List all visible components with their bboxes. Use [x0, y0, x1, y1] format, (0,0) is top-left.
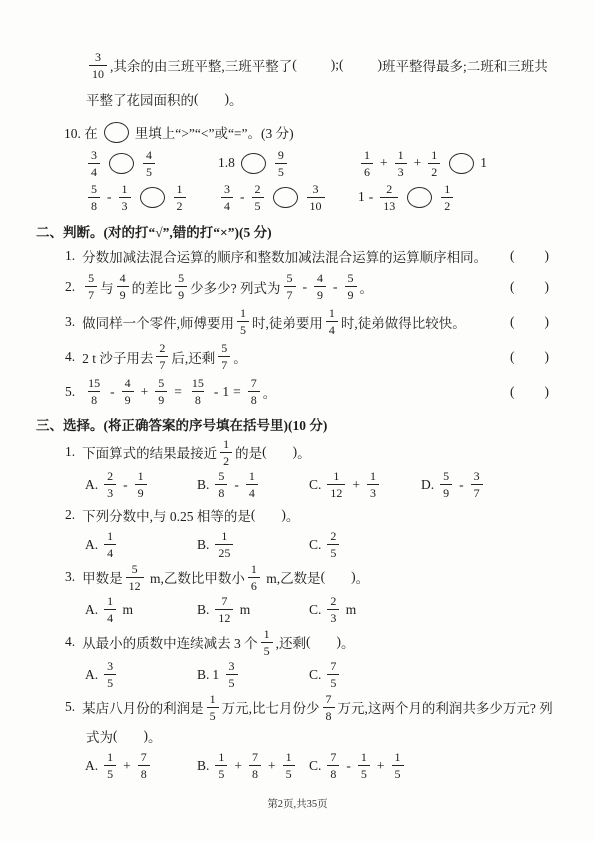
math-text: 1: [358, 189, 365, 205]
numerator: 5: [88, 183, 100, 197]
numerator: 5: [175, 272, 187, 286]
fraction: 25: [327, 530, 339, 559]
numerator: 1: [428, 149, 440, 163]
operator: +: [234, 758, 242, 774]
section-judge-header: 二、判断。(对的打“√”,错的打“×”)(5 分): [36, 218, 565, 243]
answer-bracket: (): [510, 349, 549, 365]
option: A.14 m: [85, 595, 197, 624]
fraction: 15: [237, 307, 249, 336]
fraction: 13: [367, 470, 379, 499]
denominator: 5: [104, 765, 116, 780]
fraction: 15: [358, 751, 370, 780]
fraction: 34: [88, 149, 100, 178]
option-label: A.: [85, 758, 98, 774]
fraction: 13: [395, 149, 407, 178]
operator: +: [352, 477, 360, 493]
question-number: 5.: [65, 699, 75, 715]
numerator: 7: [327, 660, 339, 674]
math-text: 后,还剩: [171, 347, 215, 367]
question-10: 10. 在里填上“>”“<”或“=”。(3 分) 34451.89516+13+…: [36, 118, 565, 214]
option-label: B.: [197, 602, 209, 618]
denominator: 7: [156, 356, 168, 371]
comparison-circle: [241, 153, 266, 174]
math-text: 时,徒弟要用: [252, 312, 323, 332]
question-number: 3.: [65, 569, 75, 585]
statement-line: 310,其余的由三班平整,三班平整了();()班平整得最多;二班和三班共: [86, 48, 565, 82]
answer-bracket: (): [510, 248, 549, 264]
comparison-expression: 34-25310: [218, 183, 358, 212]
section-judge-note: (对的打“√”,错的打“×”)(5 分): [104, 221, 272, 241]
math-text: 的是: [235, 442, 262, 462]
numerator: 7: [323, 693, 335, 707]
denominator: 9: [345, 286, 357, 301]
denominator: 5: [237, 321, 249, 336]
math-text: 下面算式的结果最接近: [82, 442, 217, 462]
options-row: A.14 mB.712 mC.23 m: [36, 593, 565, 626]
fraction: 712: [215, 595, 233, 624]
comparison-expression: 1.895: [218, 149, 358, 178]
denominator: 9: [314, 286, 326, 301]
numerator: 5: [440, 470, 452, 484]
option: B.15+78+15: [197, 751, 309, 780]
fraction: 19: [135, 470, 147, 499]
options-row: A.15+78B.15+78+15C.78-15+15: [36, 749, 565, 782]
options-row: A.14B.125C.25: [36, 528, 565, 561]
math-text: 。: [286, 505, 300, 525]
fraction: 78: [249, 751, 261, 780]
denominator: 5: [207, 707, 219, 722]
denominator: 8: [249, 765, 261, 780]
denominator: 4: [88, 163, 100, 178]
numerator: 1: [104, 751, 116, 765]
judge-item: 5.158-49+59=158-1=78。(): [36, 374, 565, 409]
denominator: 4: [246, 484, 258, 499]
math-text: m: [342, 602, 356, 618]
fraction: 158: [85, 377, 103, 406]
fraction: 75: [327, 660, 339, 689]
fraction: 49: [117, 272, 129, 301]
operator: +: [380, 155, 388, 171]
question-stem: 3.甲数是512 m,乙数比甲数小16 m,乙数是()。: [36, 561, 565, 593]
judge-statement: 做同样一个零件,师傅要用15时,徒弟要用14时,徒弟做得比较快。: [82, 307, 466, 336]
judge-item: 4.2 t 沙子用去27后,还剩57。(): [36, 339, 565, 374]
question-stem: 式为()。: [36, 723, 565, 749]
fraction: 34: [221, 183, 233, 212]
comparison-expression: 1-21312: [358, 183, 456, 212]
denominator: 3: [119, 197, 131, 212]
operator: -: [346, 758, 351, 774]
operator: -: [369, 189, 374, 205]
numerator: 1: [207, 693, 219, 707]
numerator: 1: [395, 149, 407, 163]
judge-item: 1.分数加减法混合运算的顺序和整数加减法混合运算的运算顺序相同。(): [36, 243, 565, 269]
denominator: 3: [104, 484, 116, 499]
numerator: 3: [310, 183, 322, 197]
denominator: 8: [215, 484, 227, 499]
numerator: 7: [249, 751, 261, 765]
numerator: 7: [138, 751, 150, 765]
math-text: 。: [297, 442, 311, 462]
denominator: 2: [441, 197, 453, 212]
option: B.58-14: [197, 470, 309, 499]
math-text: 。: [341, 632, 355, 652]
fraction: 23: [104, 470, 116, 499]
denominator: 7: [284, 286, 296, 301]
numerator: 5: [215, 470, 227, 484]
item-number: 1.: [65, 248, 75, 264]
option: A.15+78: [85, 751, 197, 780]
fraction: 78: [248, 377, 260, 406]
denominator: 8: [327, 765, 339, 780]
operator: -: [214, 384, 219, 400]
operator: -: [303, 279, 308, 295]
page-number: 第2页,共35页: [0, 796, 595, 811]
fraction: 310: [307, 183, 325, 212]
answer-blank: (): [113, 728, 148, 744]
denominator: 4: [326, 321, 338, 336]
math-text: 平整了花园面积的: [86, 89, 194, 109]
denominator: 5: [104, 674, 116, 689]
option: C.75: [309, 660, 421, 689]
denominator: 4: [221, 197, 233, 212]
fraction: 27: [156, 342, 168, 371]
comparison-circle: [273, 187, 298, 208]
numerator: 4: [122, 377, 134, 391]
numerator: 3: [471, 470, 483, 484]
denominator: 9: [135, 484, 147, 499]
numerator: 1: [441, 183, 453, 197]
comparison-expression: 16+13+121: [358, 149, 487, 178]
operator: =: [233, 384, 241, 400]
worksheet-page: 310,其余的由三班平整,三班平整了();()班平整得最多;二班和三班共平整了花…: [0, 0, 595, 841]
numerator: 5: [218, 342, 230, 356]
denominator: 7: [85, 286, 97, 301]
math-text: ,还剩: [276, 632, 306, 652]
numerator: 1: [326, 307, 338, 321]
choice-question: 1.下面算式的结果最接近12的是()。A.23-19B.58-14C.112+1…: [36, 436, 565, 501]
math-text: m,乙数是: [263, 567, 321, 587]
denominator: 5: [143, 163, 155, 178]
denominator: 6: [248, 577, 260, 592]
fraction: 57: [218, 342, 230, 371]
denominator: 10: [89, 65, 107, 80]
fraction: 49: [122, 377, 134, 406]
option-label: A.: [85, 602, 98, 618]
math-text: 。: [229, 89, 243, 109]
math-text: ,其余的由三班平整,三班平整了: [110, 55, 292, 75]
numerator: 1: [246, 470, 258, 484]
item-number: 2.: [65, 279, 75, 295]
operator: =: [174, 384, 182, 400]
denominator: 2: [174, 197, 186, 212]
option-label: C.: [309, 602, 321, 618]
numerator: 1: [330, 470, 342, 484]
question-stem: 2.下列分数中,与 0.25 相等的是()。: [36, 501, 565, 528]
fraction: 15: [215, 751, 227, 780]
option-label: A.: [85, 667, 98, 683]
option: C.112+13: [309, 470, 421, 499]
numerator: 2: [156, 342, 168, 356]
math-text: 1: [480, 155, 487, 171]
operator: +: [123, 758, 131, 774]
fraction: 23: [327, 595, 339, 624]
denominator: 4: [104, 609, 116, 624]
answer-blank: (): [251, 507, 286, 523]
math-text: 万元,比七月份少: [222, 697, 320, 717]
fraction: 59: [155, 377, 167, 406]
denominator: 2: [428, 163, 440, 178]
fraction: 158: [189, 377, 207, 406]
numerator: 1: [215, 751, 227, 765]
fraction: 112: [327, 470, 345, 499]
denominator: 8: [138, 765, 150, 780]
numerator: 2: [383, 183, 395, 197]
comparison-circle: [140, 187, 165, 208]
worksheet-content: 310,其余的由三班平整,三班平整了();()班平整得最多;二班和三班共平整了花…: [0, 0, 595, 782]
numerator: 3: [88, 149, 100, 163]
option: A.23-19: [85, 470, 197, 499]
option-label: D.: [421, 477, 434, 493]
option-label: C.: [309, 667, 321, 683]
numerator: 4: [314, 272, 326, 286]
answer-blank: (): [339, 57, 382, 73]
answer-blank: (): [306, 634, 341, 650]
option-label: C.: [309, 537, 321, 553]
denominator: 5: [392, 765, 404, 780]
option-label: A.: [85, 477, 98, 493]
section-judge: 二、判断。(对的打“√”,错的打“×”)(5 分) 1.分数加减法混合运算的顺序…: [36, 218, 565, 409]
fraction: 78: [138, 751, 150, 780]
judge-item: 2.57与49的差比59少多少? 列式为57-49-59。(): [36, 269, 565, 304]
denominator: 12: [215, 609, 233, 624]
numerator: 9: [275, 149, 287, 163]
math-text: 。: [356, 567, 370, 587]
fraction: 15: [392, 751, 404, 780]
denominator: 5: [283, 765, 295, 780]
math-text: 1: [212, 667, 222, 683]
math-text: 时,徒弟做得比较快。: [341, 312, 466, 332]
numerator: 3: [226, 660, 238, 674]
numerator: 1: [174, 183, 186, 197]
options-row: A.23-19B.58-14C.112+13D.59-37: [36, 468, 565, 501]
numerator: 2: [104, 470, 116, 484]
math-text: 式为: [86, 726, 113, 746]
fraction: 58: [215, 470, 227, 499]
denominator: 7: [471, 484, 483, 499]
numerator: 5: [155, 377, 167, 391]
math-text: 班平整得最多;二班和三班共: [382, 55, 548, 75]
numerator: 2: [327, 530, 339, 544]
denominator: 10: [307, 197, 325, 212]
fraction: 16: [361, 149, 373, 178]
math-text: 的差比: [132, 277, 173, 297]
judge-item: 3.做同样一个零件,师傅要用15时,徒弟要用14时,徒弟做得比较快。(): [36, 304, 565, 339]
denominator: 4: [104, 544, 116, 559]
question-10-prompt: 10. 在里填上“>”“<”或“=”。(3 分): [64, 118, 565, 146]
judge-items: 1.分数加减法混合运算的顺序和整数加减法混合运算的运算顺序相同。()2.57与4…: [36, 243, 565, 409]
numerator: 15: [85, 377, 103, 391]
option: C.23 m: [309, 595, 421, 624]
section-choice: 三、选择。(将正确答案的序号填在括号里)(10 分) 1.下面算式的结果最接近1…: [36, 411, 565, 782]
item-number: 5.: [65, 384, 75, 400]
numerator: 1: [283, 751, 295, 765]
fraction: 49: [314, 272, 326, 301]
denominator: 8: [323, 707, 335, 722]
fraction: 213: [380, 183, 398, 212]
fraction: 512: [126, 563, 144, 592]
numerator: 2: [252, 183, 264, 197]
choice-question: 5.某店八月份的利润是15万元,比七月份少78万元,这两个月的利润共多少万元? …: [36, 691, 565, 782]
option-label: B.: [197, 758, 209, 774]
math-text: 少多少? 列式为: [190, 277, 280, 297]
comparison-circle: [407, 187, 432, 208]
comparison-circle: [449, 153, 474, 174]
numerator: 3: [221, 183, 233, 197]
operator: -: [333, 279, 338, 295]
numerator: 2: [327, 595, 339, 609]
operator: +: [414, 155, 422, 171]
math-text: 2 t 沙子用去: [82, 347, 153, 367]
numerator: 4: [143, 149, 155, 163]
choice-questions: 1.下面算式的结果最接近12的是()。A.23-19B.58-14C.112+1…: [36, 436, 565, 782]
comparison-circle: [109, 153, 134, 174]
math-text: 1.8: [218, 155, 235, 171]
comparison-expression: 58-1312: [85, 183, 218, 212]
denominator: 9: [440, 484, 452, 499]
comparison-rows: 34451.89516+13+12158-131234-253101-21312: [85, 146, 565, 214]
numerator: 1: [358, 751, 370, 765]
numerator: 1: [392, 751, 404, 765]
fraction: 78: [323, 693, 335, 722]
denominator: 5: [226, 674, 238, 689]
denominator: 5: [261, 642, 273, 657]
denominator: 5: [252, 197, 264, 212]
denominator: 5: [327, 544, 339, 559]
option-label: C.: [309, 477, 321, 493]
math-text: 某店八月份的利润是: [82, 697, 204, 717]
fraction: 78: [327, 751, 339, 780]
fraction: 57: [85, 272, 97, 301]
question-stem: 4.从最小的质数中连续减去 3 个15,还剩()。: [36, 626, 565, 658]
question-number: 4.: [65, 634, 75, 650]
numerator: 1: [237, 307, 249, 321]
math-text: 。: [263, 382, 277, 402]
math-text: 。: [148, 726, 162, 746]
denominator: 5: [327, 674, 339, 689]
choice-question: 2.下列分数中,与 0.25 相等的是()。A.14B.125C.25: [36, 501, 565, 561]
denominator: 6: [361, 163, 373, 178]
numerator: 7: [327, 751, 339, 765]
option-label: B.: [197, 537, 209, 553]
answer-bracket: (): [510, 279, 549, 295]
numerator: 7: [248, 377, 260, 391]
denominator: 9: [155, 391, 167, 406]
item-number: 4.: [65, 349, 75, 365]
denominator: 9: [122, 391, 134, 406]
operator: -: [123, 477, 128, 493]
operator: -: [240, 189, 245, 205]
answer-blank: (): [321, 569, 356, 585]
math-text: 10. 在: [64, 122, 98, 142]
math-text: 。: [233, 347, 247, 367]
numerator: 1: [367, 470, 379, 484]
fraction: 37: [471, 470, 483, 499]
denominator: 2: [220, 452, 232, 467]
numerator: 5: [284, 272, 296, 286]
denominator: 12: [327, 484, 345, 499]
fraction: 35: [104, 660, 116, 689]
numerator: 1: [135, 470, 147, 484]
numerator: 1: [218, 530, 230, 544]
option: A.35: [85, 660, 197, 689]
fraction: 14: [326, 307, 338, 336]
math-text: 1: [222, 384, 229, 400]
math-text: m: [119, 602, 133, 618]
statement-line: 平整了花园面积的()。: [86, 86, 565, 112]
judge-statement: 57与49的差比59少多少? 列式为57-49-59。: [82, 272, 373, 301]
operator: +: [268, 758, 276, 774]
denominator: 8: [192, 391, 204, 406]
option: B.1 35: [197, 660, 309, 689]
numerator: 1: [104, 595, 116, 609]
operator: -: [234, 477, 239, 493]
numerator: 7: [218, 595, 230, 609]
question-stem: 1.下面算式的结果最接近12的是()。: [36, 436, 565, 468]
denominator: 8: [88, 197, 100, 212]
numerator: 1: [248, 563, 260, 577]
denominator: 3: [367, 484, 379, 499]
choice-question: 3.甲数是512 m,乙数比甲数小16 m,乙数是()。A.14 mB.712 …: [36, 561, 565, 626]
judge-statement: 2 t 沙子用去27后,还剩57。: [82, 342, 247, 371]
math-text: 与: [100, 277, 114, 297]
option: B.712 m: [197, 595, 309, 624]
denominator: 25: [215, 544, 233, 559]
option-label: B.: [197, 667, 209, 683]
comparison-circle: [104, 122, 129, 143]
fraction: 15: [261, 628, 273, 657]
denominator: 7: [218, 356, 230, 371]
fraction: 14: [246, 470, 258, 499]
denominator: 13: [380, 197, 398, 212]
math-text: 。: [360, 277, 374, 297]
comparison-row: 58-131234-253101-21312: [85, 180, 565, 214]
operator: -: [459, 477, 464, 493]
denominator: 9: [117, 286, 129, 301]
fraction: 12: [441, 183, 453, 212]
fraction: 12: [220, 438, 232, 467]
comparison-expression: 3445: [85, 149, 218, 178]
math-text: 做同样一个零件,师傅要用: [82, 312, 234, 332]
denominator: 5: [275, 163, 287, 178]
option-label: A.: [85, 537, 98, 553]
numerator: 5: [129, 563, 141, 577]
fraction: 14: [104, 595, 116, 624]
judge-statement: 分数加减法混合运算的顺序和整数加减法混合运算的运算顺序相同。: [82, 246, 487, 266]
numerator: 1: [104, 530, 116, 544]
answer-blank: (): [262, 444, 297, 460]
numerator: 3: [104, 660, 116, 674]
math-text: m: [236, 602, 250, 618]
section-choice-note: (将正确答案的序号填在括号里)(10 分): [104, 414, 328, 434]
answer-blank: (): [194, 91, 229, 107]
numerator: 5: [345, 272, 357, 286]
denominator: 9: [175, 286, 187, 301]
numerator: 1: [261, 628, 273, 642]
fraction: 58: [88, 183, 100, 212]
numerator: 4: [117, 272, 129, 286]
fraction: 14: [104, 530, 116, 559]
option-label: C.: [309, 758, 321, 774]
